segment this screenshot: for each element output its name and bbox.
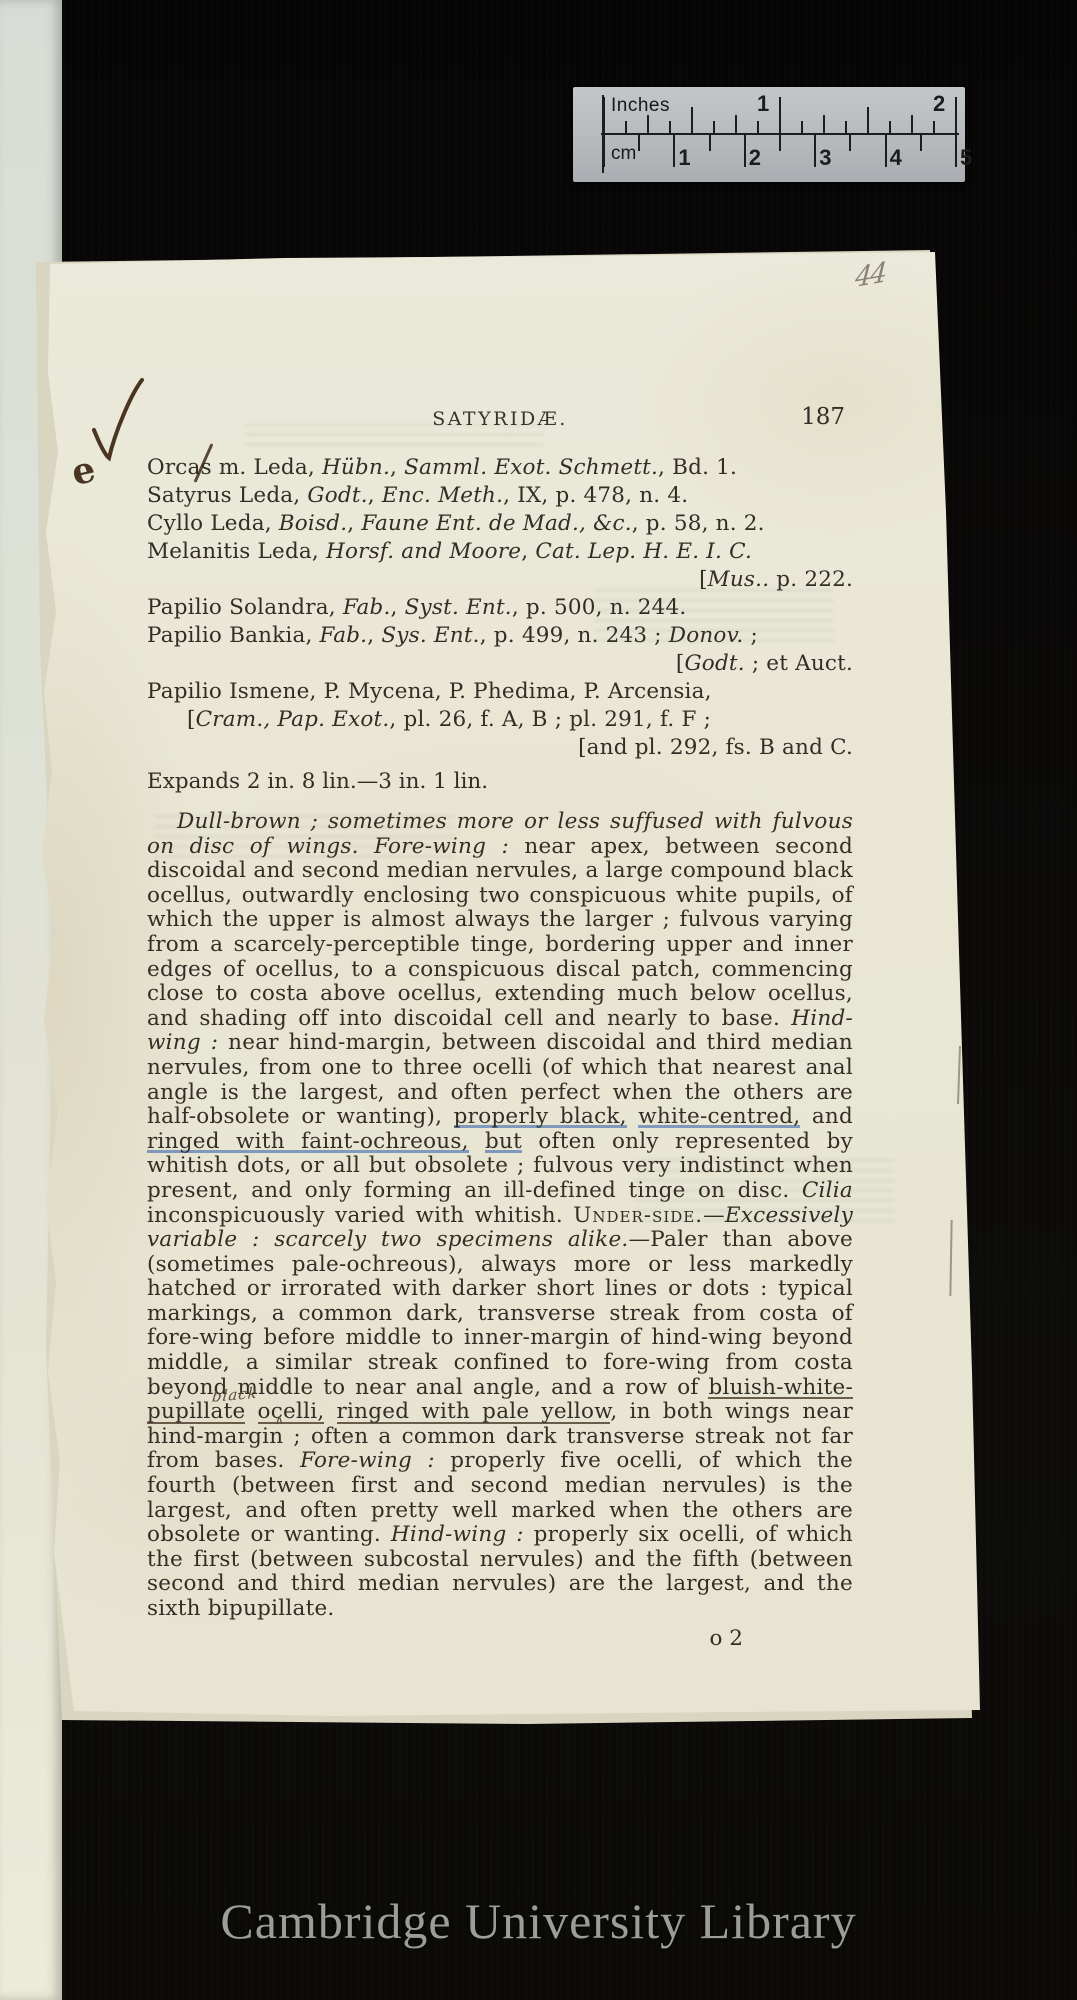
ruler-number: 2 bbox=[749, 145, 761, 171]
ruler-tick bbox=[867, 107, 869, 133]
ruler-tick bbox=[603, 135, 605, 167]
italic-text: Godt. bbox=[684, 651, 744, 676]
species-description: Dull-brown ; sometimes more or less suff… bbox=[147, 810, 853, 1622]
ruler-tick bbox=[735, 115, 737, 133]
ruler-number: 1 bbox=[678, 145, 690, 171]
ruler-tick bbox=[955, 135, 957, 167]
library-watermark: Cambridge University Library bbox=[0, 1892, 1077, 1950]
body-text: , bbox=[391, 595, 405, 620]
margin-pencil-stroke bbox=[949, 1220, 952, 1296]
italic-text: Hübn. bbox=[322, 455, 390, 480]
body-text: [ bbox=[699, 567, 708, 592]
expanse-line: Expands 2 in. 8 lin.—3 in. 1 lin. bbox=[147, 768, 853, 796]
ruler-tick bbox=[889, 121, 891, 133]
synonymy-line: Cyllo Leda, Boisd., Faune Ent. de Mad., … bbox=[147, 510, 853, 538]
ruler-tick bbox=[911, 115, 913, 133]
italic-text: Cat. Lep. H. E. I. C. bbox=[535, 539, 752, 564]
signature-mark: o 2 bbox=[147, 1626, 853, 1651]
ruler-tick bbox=[955, 97, 957, 133]
body-text bbox=[469, 1129, 485, 1154]
body-text: p. 222. bbox=[769, 567, 853, 592]
page-number: 187 bbox=[801, 404, 845, 430]
body-text: Melanitis Leda, bbox=[147, 539, 326, 564]
body-text: Papilio Ismene, P. Mycena, P. Phedima, P… bbox=[147, 679, 712, 704]
ruler-number: 2 bbox=[933, 91, 945, 117]
ruler-tick bbox=[779, 135, 781, 151]
ruler-number: 5 bbox=[960, 145, 972, 171]
synonymy-line: Satyrus Leda, Godt., Enc. Meth., IX, p. … bbox=[147, 482, 853, 510]
body-text: Papilio Bankia, bbox=[147, 623, 320, 648]
synonymy-line: Melanitis Leda, Horsf. and Moore, Cat. L… bbox=[147, 538, 853, 566]
synonymy-line: Orcas m. Leda, Hübn., Samml. Exot. Schme… bbox=[147, 454, 853, 482]
photographed-book-spread: { "library_footer": "Cambridge Universit… bbox=[0, 0, 1077, 2000]
synonymy-line: [and pl. 292, fs. B and C. bbox=[147, 734, 853, 762]
body-text: , Bd. 1. bbox=[658, 455, 737, 480]
ink-checkmark-annotation bbox=[84, 374, 148, 466]
underlined-phrase: but bbox=[485, 1129, 522, 1154]
body-text: ; et Auct. bbox=[745, 651, 853, 676]
book-page: 44 e SATYRIDÆ. 187 Orcas m. Leda, Hübn.,… bbox=[34, 252, 980, 1716]
italic-text: Horsf. and Moore bbox=[326, 539, 521, 564]
body-text: inconspicuously varied with whitish. bbox=[147, 1203, 573, 1228]
italic-text: Syst. Ent. bbox=[405, 595, 512, 620]
ruler-tick bbox=[801, 121, 803, 133]
italic-text: Fab. bbox=[343, 595, 391, 620]
italic-text: Samml. Exot. Schmett. bbox=[404, 455, 658, 480]
body-text: Under-side. bbox=[573, 1203, 703, 1228]
body-text: , bbox=[347, 511, 361, 536]
ruler-tick bbox=[933, 121, 935, 133]
ruler-inches-label: Inches bbox=[611, 95, 670, 117]
body-text: ; bbox=[743, 623, 757, 648]
body-text: , bbox=[367, 623, 381, 648]
text-block: SATYRIDÆ. 187 Orcas m. Leda, Hübn., Samm… bbox=[147, 408, 853, 1651]
ruler-tick bbox=[885, 135, 887, 167]
body-text: Papilio Solandra, bbox=[147, 595, 343, 620]
italic-text: Hind-wing : bbox=[391, 1522, 534, 1547]
running-header: SATYRIDÆ. 187 bbox=[147, 408, 853, 438]
synonymy-line: Papilio Bankia, Fab., Sys. Ent., p. 499,… bbox=[147, 622, 853, 650]
body-text: , bbox=[368, 483, 382, 508]
underlined-phrase: ringed with pale yellow bbox=[337, 1399, 611, 1424]
running-title: SATYRIDÆ. bbox=[147, 408, 853, 430]
italic-text: Fore-wing : bbox=[374, 834, 524, 859]
underlined-phrase: white-centred, bbox=[638, 1104, 800, 1129]
italic-text: Boisd. bbox=[279, 511, 347, 536]
ruler-tick bbox=[691, 107, 693, 133]
italic-text: Sys. Ent. bbox=[381, 623, 479, 648]
ruler-tick bbox=[713, 121, 715, 133]
body-text bbox=[324, 1399, 336, 1424]
body-text: — bbox=[703, 1203, 725, 1228]
ruler-number: 3 bbox=[819, 145, 831, 171]
ruler-tick bbox=[669, 121, 671, 133]
measurement-ruler: Inches cm 1212345 bbox=[573, 87, 965, 182]
body-text: Paler than above (sometimes pale-ochreou… bbox=[147, 1227, 853, 1400]
synonymy-line: [Cram., Pap. Exot., pl. 26, f. A, B ; pl… bbox=[147, 706, 853, 734]
ruler-tick bbox=[845, 121, 847, 133]
body-text: and bbox=[800, 1104, 853, 1129]
italic-text: Mus.. bbox=[708, 567, 770, 592]
underlined-phrase: ocelli, bbox=[258, 1399, 325, 1424]
synonymy-line: Papilio Solandra, Fab., Syst. Ent., p. 5… bbox=[147, 594, 853, 622]
margin-pencil-stroke bbox=[957, 1046, 961, 1104]
body-text: , p. 499, n. 243 ; bbox=[480, 623, 669, 648]
ruler-tick bbox=[673, 135, 675, 167]
ruler-tick bbox=[920, 135, 922, 151]
italic-text: Faune Ent. de Mad., &c. bbox=[361, 511, 631, 536]
body-text bbox=[627, 1104, 638, 1129]
synonymy-list: Orcas m. Leda, Hübn., Samml. Exot. Schme… bbox=[147, 454, 853, 762]
italic-text: Donov. bbox=[669, 623, 744, 648]
ruler-tick bbox=[625, 121, 627, 133]
ruler-cm-label: cm bbox=[611, 143, 636, 165]
ruler-tick bbox=[757, 121, 759, 133]
body-text: , pl. 26, f. A, B ; pl. 291, f. F ; bbox=[389, 707, 711, 732]
italic-text: Cram., Pap. Exot. bbox=[196, 707, 390, 732]
body-text: , bbox=[390, 455, 404, 480]
body-text: , bbox=[521, 539, 535, 564]
ruler-tick bbox=[638, 135, 640, 151]
ruler-number: 4 bbox=[890, 145, 902, 171]
synonymy-line: [Mus.. p. 222. bbox=[147, 566, 853, 594]
body-text: , p. 58, n. 2. bbox=[632, 511, 765, 536]
ruler-tick bbox=[823, 115, 825, 133]
ruler-number: 1 bbox=[757, 91, 769, 117]
body-text: Orcas m. Leda, bbox=[147, 455, 322, 480]
italic-text: Enc. Meth. bbox=[382, 483, 503, 508]
ruler-tick bbox=[814, 135, 816, 167]
ruler-tick bbox=[647, 115, 649, 133]
ruler-tick bbox=[709, 135, 711, 151]
body-text: near apex, between second discoidal and … bbox=[147, 834, 853, 1031]
body-text: , IX, p. 478, n. 4. bbox=[503, 483, 688, 508]
italic-text: Fore-wing : bbox=[300, 1448, 450, 1473]
body-text: [and pl. 292, fs. B and C. bbox=[578, 735, 853, 760]
synonymy-line: Papilio Ismene, P. Mycena, P. Phedima, P… bbox=[147, 678, 853, 706]
underlined-phrase: ringed with faint-ochreous, bbox=[147, 1129, 469, 1154]
underlined-phrase: properly black, bbox=[454, 1104, 627, 1129]
body-text: , p. 500, n. 244. bbox=[512, 595, 687, 620]
pencil-annotation-top-right: 44 bbox=[854, 257, 886, 294]
italic-text: Fab. bbox=[320, 623, 368, 648]
body-text: Satyrus Leda, bbox=[147, 483, 307, 508]
ruler-tick bbox=[744, 135, 746, 167]
body-text: Cyllo Leda, bbox=[147, 511, 279, 536]
ruler-tick bbox=[779, 97, 781, 133]
italic-text: Cilia bbox=[802, 1178, 853, 1203]
ruler-tick bbox=[603, 97, 605, 133]
italic-text: Godt. bbox=[307, 483, 367, 508]
body-text: [ bbox=[187, 707, 196, 732]
synonymy-line: [Godt. ; et Auct. bbox=[147, 650, 853, 678]
ruler-tick bbox=[849, 135, 851, 151]
